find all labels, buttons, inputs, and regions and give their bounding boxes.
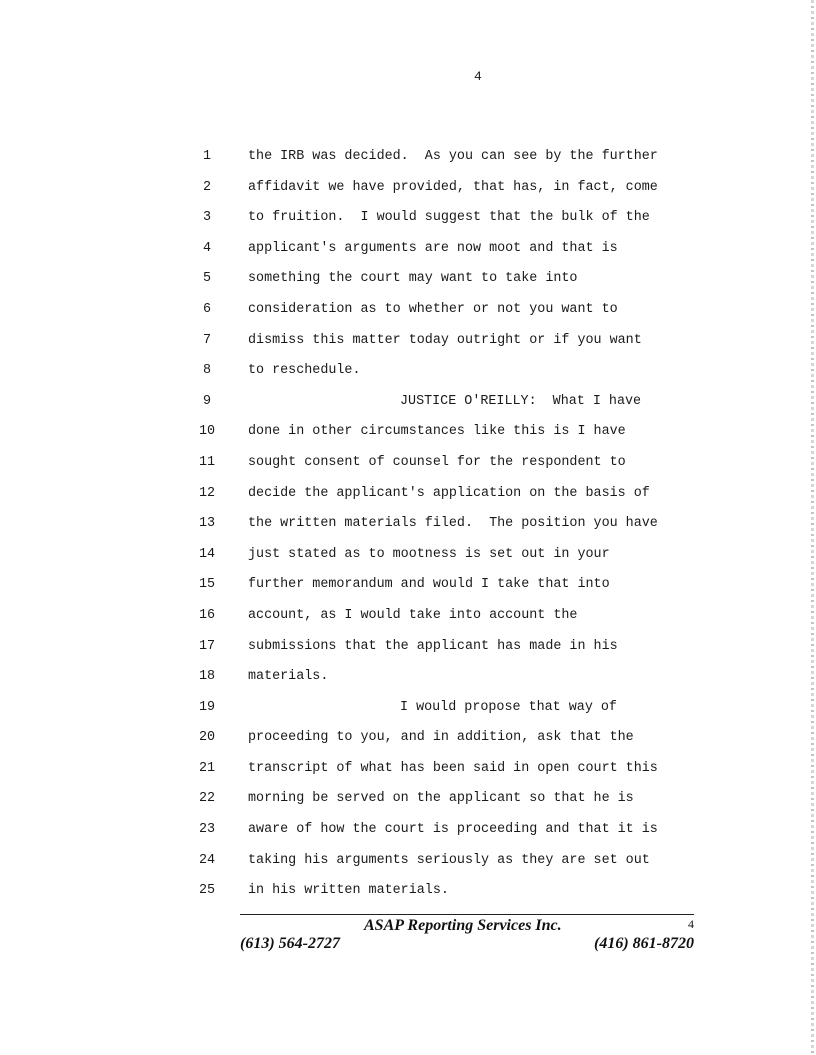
transcript-line: 15further memorandum and would I take th… (196, 577, 716, 608)
line-text: decide the applicant's application on th… (248, 486, 650, 501)
line-text: consideration as to whether or not you w… (248, 302, 618, 317)
line-number: 20 (196, 730, 218, 745)
transcript-line: 9JUSTICE O'REILLY: What I have (196, 394, 716, 425)
line-text: affidavit we have provided, that has, in… (248, 180, 658, 195)
line-number: 11 (196, 455, 218, 470)
transcript-line: 16account, as I would take into account … (196, 608, 716, 639)
line-number: 2 (196, 180, 218, 195)
transcript-line: 6consideration as to whether or not you … (196, 302, 716, 333)
line-text: dismiss this matter today outright or if… (248, 333, 642, 348)
phone-toronto: (416) 861-8720 (594, 935, 694, 953)
transcript-line: 8to reschedule. (196, 363, 716, 394)
transcript-line: 22morning be served on the applicant so … (196, 791, 716, 822)
line-number: 7 (196, 333, 218, 348)
transcript-line: 1the IRB was decided. As you can see by … (196, 149, 716, 180)
line-number: 17 (196, 639, 218, 654)
line-text: account, as I would take into account th… (248, 608, 577, 623)
transcript-line: 21transcript of what has been said in op… (196, 761, 716, 792)
line-text: sought consent of counsel for the respon… (248, 455, 626, 470)
line-number: 13 (196, 516, 218, 531)
line-text: proceeding to you, and in addition, ask … (248, 730, 634, 745)
line-number: 3 (196, 210, 218, 225)
transcript-line: 5something the court may want to take in… (196, 271, 716, 302)
transcript-line: 20proceeding to you, and in addition, as… (196, 730, 716, 761)
line-text: submissions that the applicant has made … (248, 639, 618, 654)
line-text: to reschedule. (248, 363, 361, 378)
line-text: aware of how the court is proceeding and… (248, 822, 658, 837)
line-number: 8 (196, 363, 218, 378)
line-text: something the court may want to take int… (248, 271, 577, 286)
scan-edge-artifact (811, 0, 814, 1055)
transcript-line: 13the written materials filed. The posit… (196, 516, 716, 547)
line-text: morning be served on the applicant so th… (248, 791, 634, 806)
transcript-line: 4applicant's arguments are now moot and … (196, 241, 716, 272)
page-number: 4 (474, 69, 482, 84)
line-number: 10 (196, 424, 218, 439)
line-text: materials. (248, 669, 328, 684)
transcript-line: 24taking his arguments seriously as they… (196, 853, 716, 884)
line-number: 21 (196, 761, 218, 776)
line-number: 23 (196, 822, 218, 837)
footer-page-number: 4 (688, 917, 694, 932)
phone-ottawa: (613) 564-2727 (240, 935, 340, 953)
line-number: 9 (196, 394, 218, 409)
transcript-line: 7dismiss this matter today outright or i… (196, 333, 716, 364)
line-text: transcript of what has been said in open… (248, 761, 658, 776)
footer: ASAP Reporting Services Inc. 4 (613) 564… (240, 914, 694, 957)
line-number: 22 (196, 791, 218, 806)
line-text: taking his arguments seriously as they a… (248, 853, 650, 868)
line-text: the written materials filed. The positio… (248, 516, 658, 531)
transcript-line: 18materials. (196, 669, 716, 700)
line-text: JUSTICE O'REILLY: What I have (400, 394, 641, 409)
line-text: I would propose that way of (400, 700, 617, 715)
transcript-line: 2affidavit we have provided, that has, i… (196, 180, 716, 211)
transcript-line: 25in his written materials. (196, 883, 716, 914)
transcript-line: 19I would propose that way of (196, 700, 716, 731)
line-number: 1 (196, 149, 218, 164)
line-number: 24 (196, 853, 218, 868)
line-number: 19 (196, 700, 218, 715)
line-number: 4 (196, 241, 218, 256)
line-number: 16 (196, 608, 218, 623)
line-number: 15 (196, 577, 218, 592)
line-number: 5 (196, 271, 218, 286)
line-text: the IRB was decided. As you can see by t… (248, 149, 658, 164)
line-text: further memorandum and would I take that… (248, 577, 610, 592)
line-number: 6 (196, 302, 218, 317)
transcript-line: 14just stated as to mootness is set out … (196, 547, 716, 578)
line-number: 25 (196, 883, 218, 898)
line-number: 14 (196, 547, 218, 562)
line-text: in his written materials. (248, 883, 449, 898)
transcript-line: 17submissions that the applicant has mad… (196, 639, 716, 670)
line-text: applicant's arguments are now moot and t… (248, 241, 618, 256)
transcript-line: 3to fruition. I would suggest that the b… (196, 210, 716, 241)
line-number: 12 (196, 486, 218, 501)
transcript-line: 11sought consent of counsel for the resp… (196, 455, 716, 486)
line-text: done in other circumstances like this is… (248, 424, 626, 439)
reporting-company-name: ASAP Reporting Services Inc. (364, 917, 562, 935)
line-text: just stated as to mootness is set out in… (248, 547, 610, 562)
transcript-line: 10done in other circumstances like this … (196, 424, 716, 455)
line-text: to fruition. I would suggest that the bu… (248, 210, 650, 225)
transcript-body: 1the IRB was decided. As you can see by … (196, 149, 716, 914)
transcript-line: 12decide the applicant's application on … (196, 486, 716, 517)
line-number: 18 (196, 669, 218, 684)
transcript-line: 23aware of how the court is proceeding a… (196, 822, 716, 853)
